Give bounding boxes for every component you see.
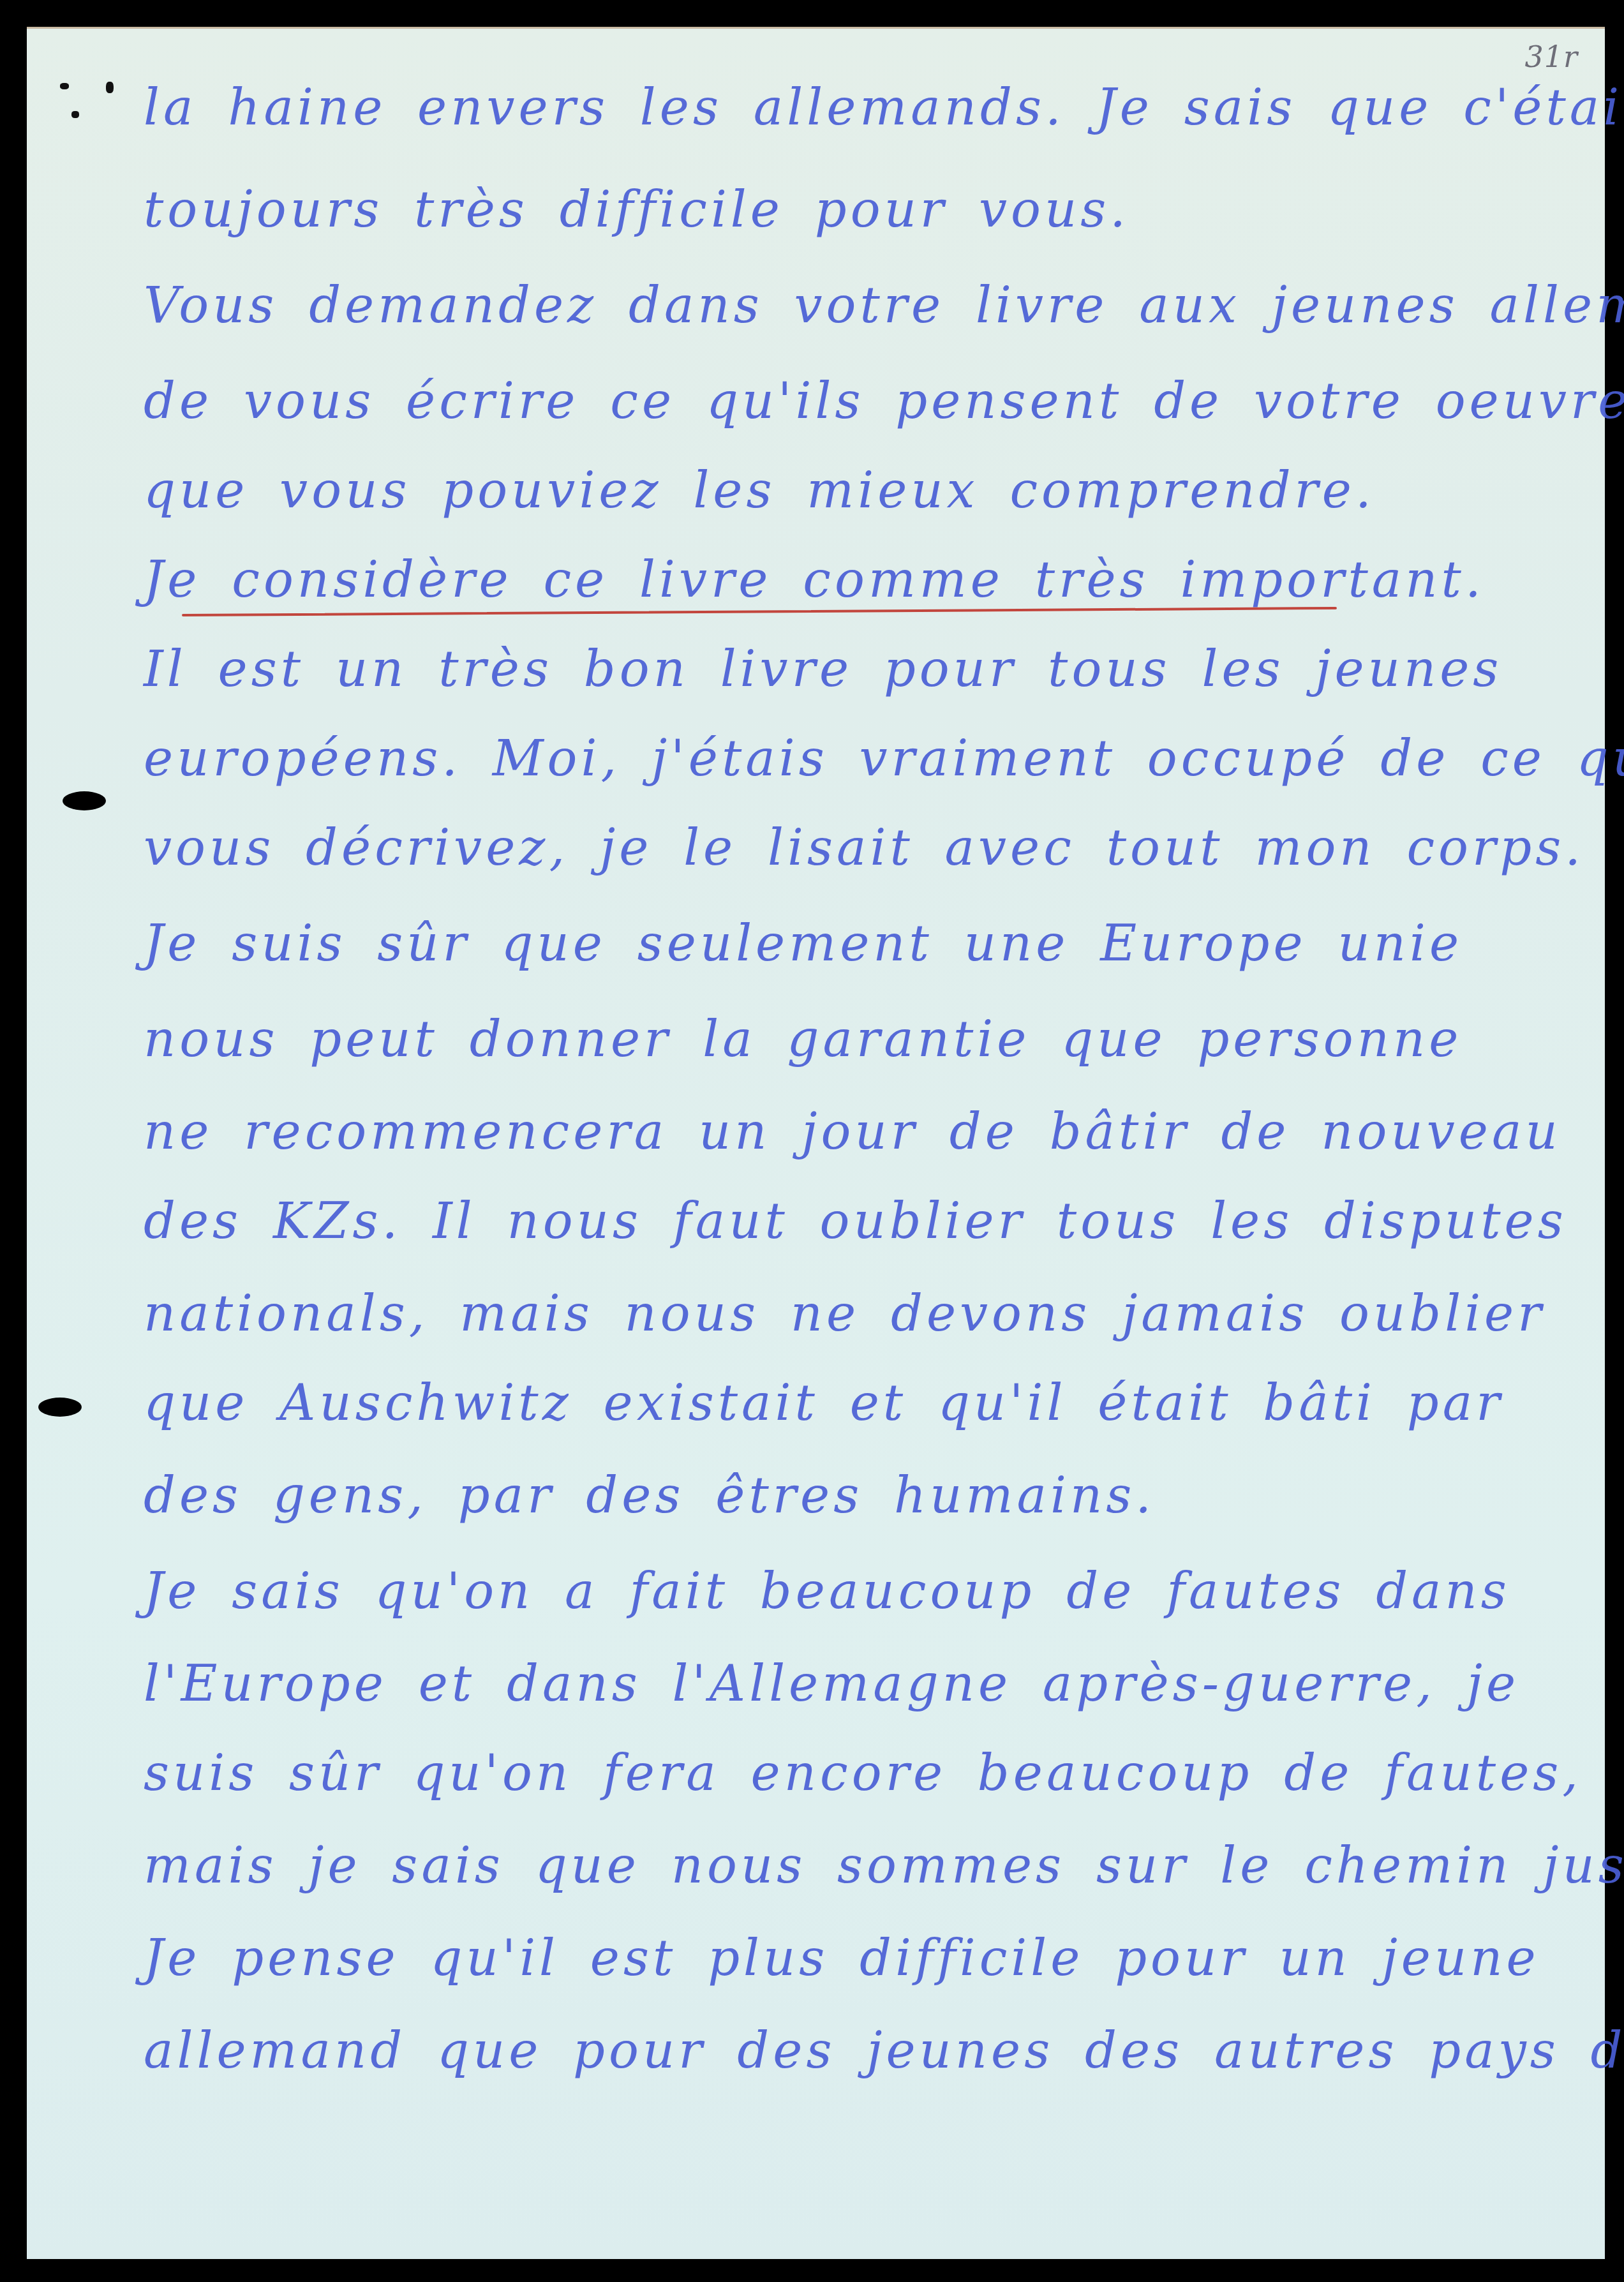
letter-line: Je pense qu'il est plus difficile pour u… <box>144 1934 1540 1983</box>
letter-line: l'Europe et dans l'Allemagne après-guerr… <box>144 1659 1519 1709</box>
letter-line-underlined: Je considère ce livre comme très importa… <box>144 555 1485 605</box>
letter-line: de vous écrire ce qu'ils pensent de votr… <box>144 377 1624 426</box>
letter-line: que vous pouviez les mieux comprendre. <box>144 466 1375 516</box>
letter-line: Il est un très bon livre pour tous les j… <box>144 645 1502 694</box>
letter-line: des KZs. Il nous faut oublier tous les d… <box>144 1197 1567 1246</box>
letter-line: toujours très difficile pour vous. <box>144 185 1129 235</box>
letter-body: la haine envers les allemands. Je sais q… <box>27 27 1605 2259</box>
letter-line: la haine envers les allemands. Je sais q… <box>144 83 1624 133</box>
letter-line: suis sûr qu'on fera encore beaucoup de f… <box>144 1749 1582 1798</box>
letter-line: que Auschwitz existait et qu'il était bâ… <box>144 1378 1504 1428</box>
letter-line: nationals, mais nous ne devons jamais ou… <box>144 1289 1546 1339</box>
letter-line: ne recommencera un jour de bâtir de nouv… <box>144 1107 1561 1157</box>
letter-line: Vous demandez dans votre livre aux jeune… <box>144 281 1624 331</box>
handwritten-letter-page: 31r la haine envers les allemands. Je sa… <box>27 27 1605 2259</box>
letter-line: mais je sais que nous sommes sur le chem… <box>144 1841 1624 1891</box>
letter-line: Je suis sûr que seulement une Europe uni… <box>144 919 1463 969</box>
letter-line: nous peut donner la garantie que personn… <box>144 1015 1462 1064</box>
letter-line: des gens, par des êtres humains. <box>144 1471 1155 1521</box>
letter-line: européens. Moi, j'étais vraiment occupé … <box>144 734 1624 784</box>
letter-line: vous décrivez, je le lisait avec tout mo… <box>144 823 1584 873</box>
letter-line: Je sais qu'on a fait beaucoup de fautes … <box>144 1567 1510 1616</box>
letter-line: allemand que pour des jeunes des autres … <box>144 2026 1624 2076</box>
